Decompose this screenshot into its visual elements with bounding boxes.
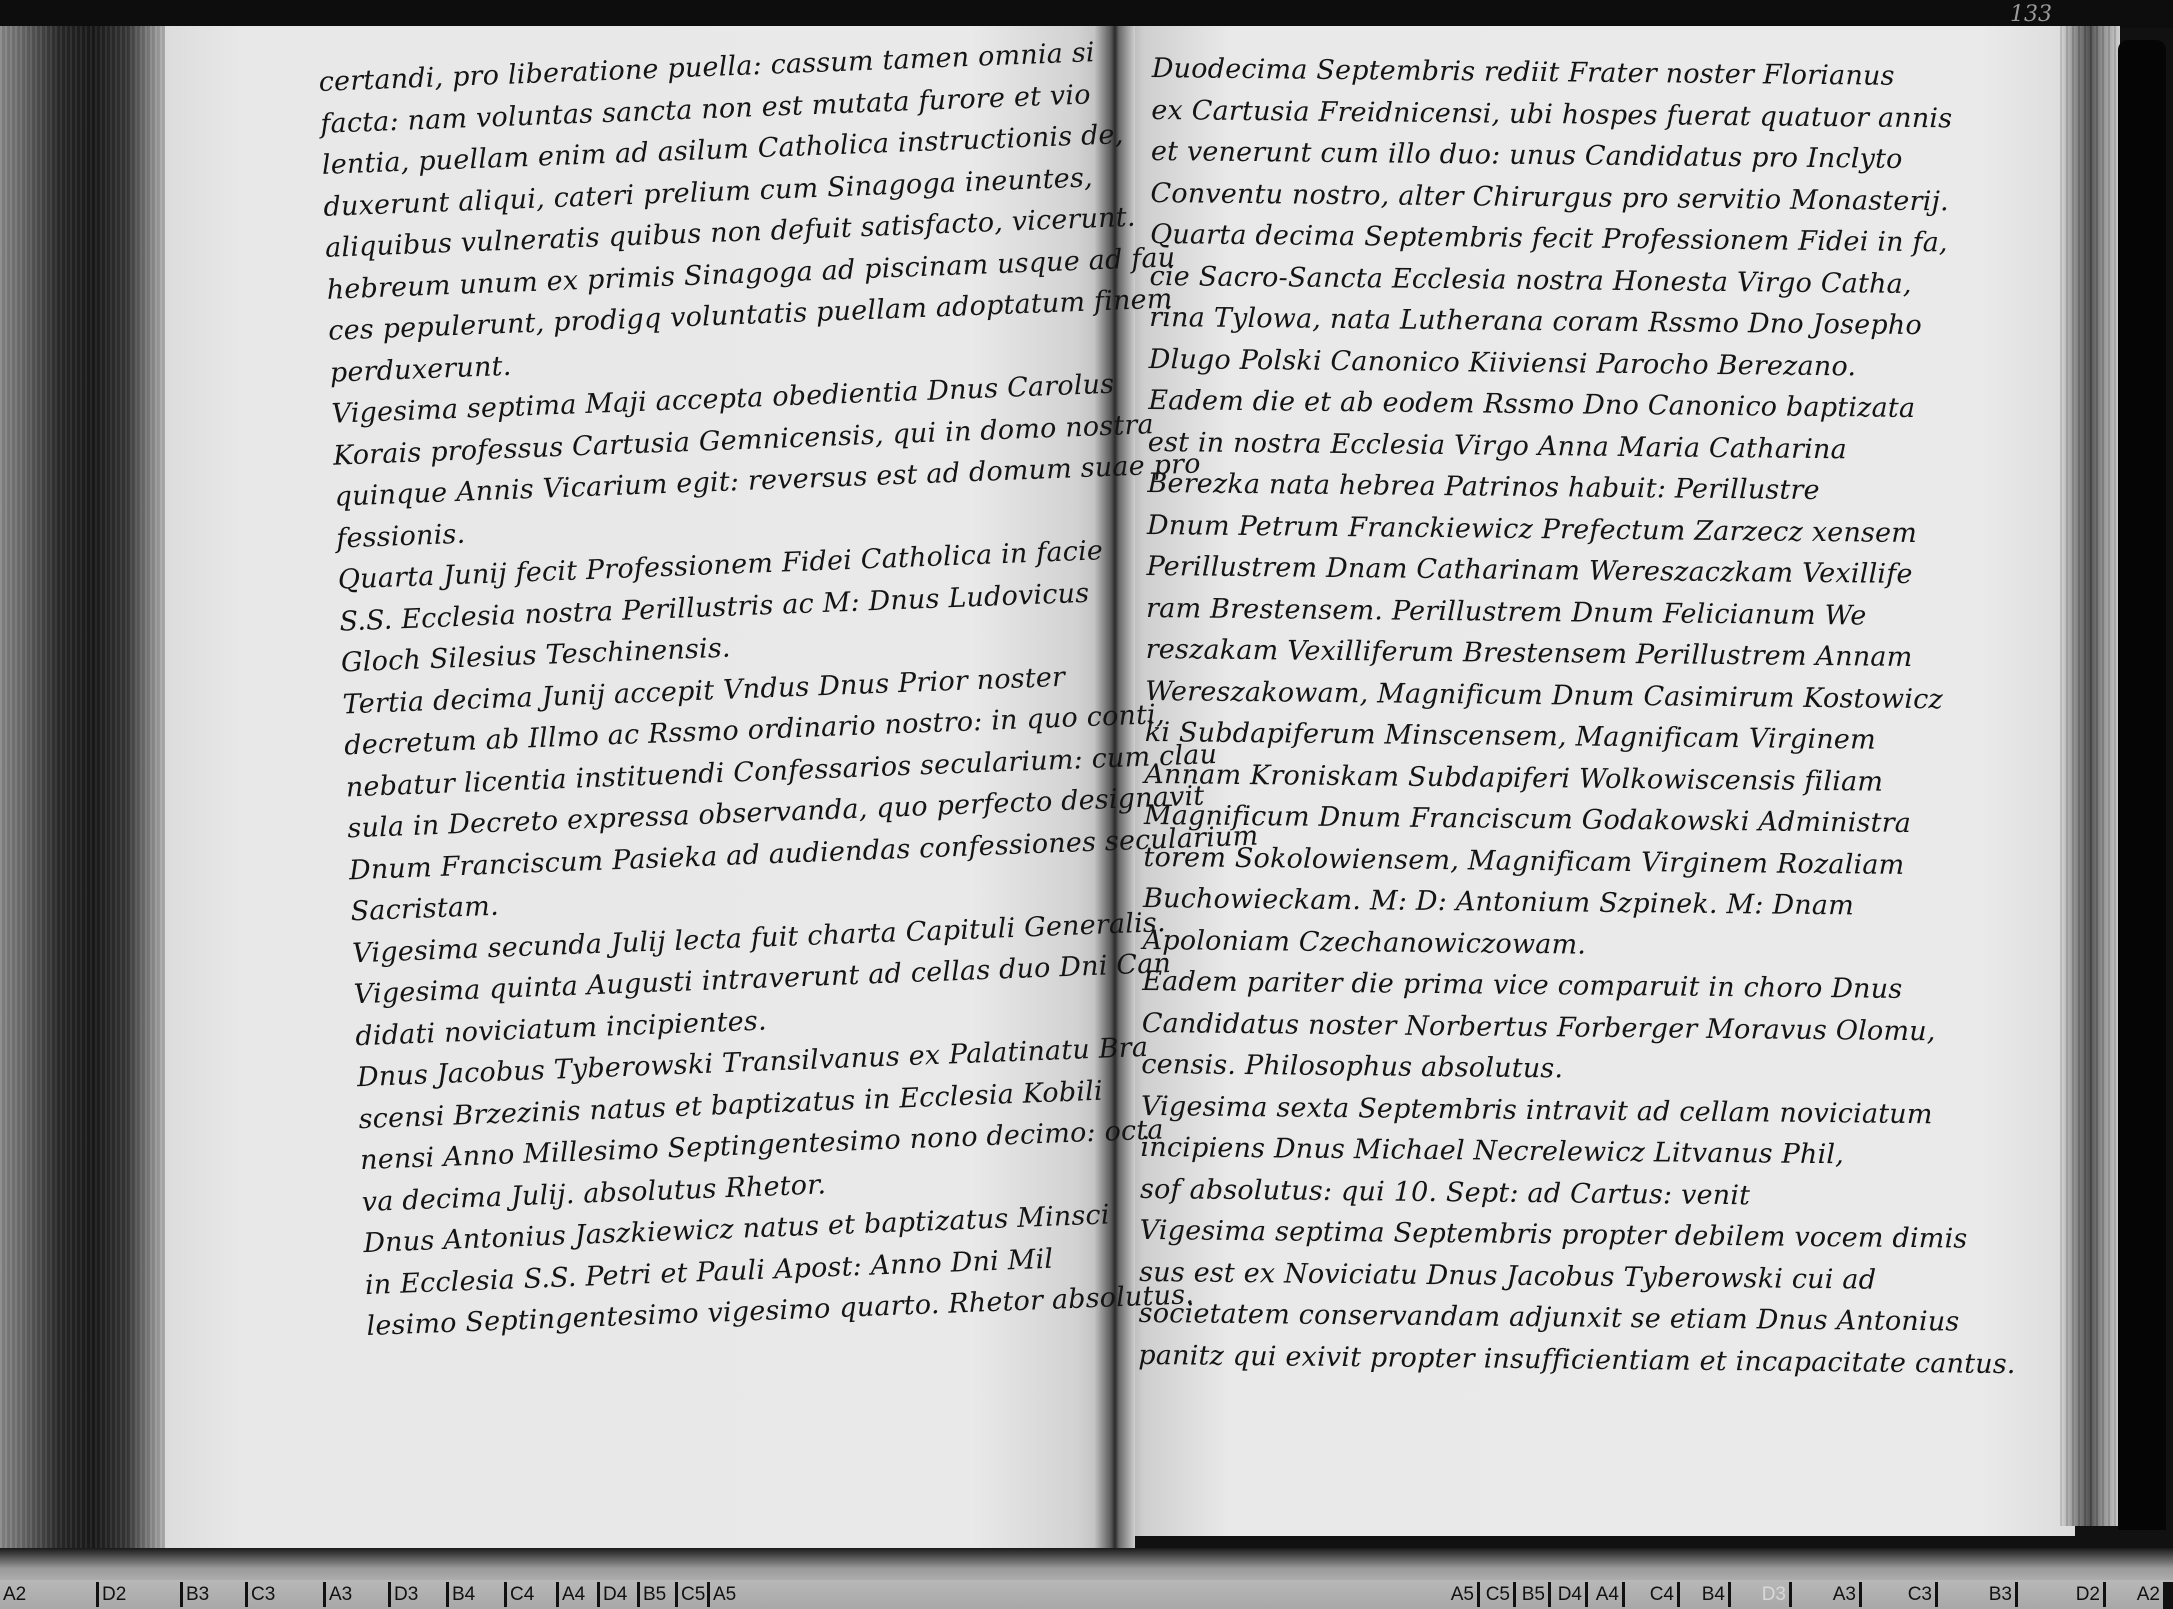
book-cover-right [2118,40,2166,1530]
strip-shadow [0,1548,2173,1582]
strip-label: B3 [180,1582,209,1607]
calibration-strip: A2 D2 B3 C3 A3 D3 B4 C4 A4 D4 B5 C5 A5 A… [0,1580,2173,1609]
strip-label: A4 [1585,1582,1625,1607]
scan-top-border [0,0,2173,28]
strip-label: B5 [637,1582,666,1607]
strip-label: A5 [707,1582,736,1607]
strip-label: A3 [1790,1582,1862,1607]
strip-label: D4 [597,1582,627,1607]
strip-label: C4 [1622,1582,1680,1607]
strip-label: A2 [0,1582,26,1607]
strip-label: B4 [1677,1582,1731,1607]
manuscript-line: Eadem pariter die prima vice comparuit i… [1142,961,1922,1011]
manuscript-line: panitz qui exivit propter insufficientia… [1138,1334,1918,1384]
strip-end-marker [2163,1582,2173,1609]
book-fore-edge-left [0,26,170,1566]
manuscript-line: reszakam Vexilliferum Brestensem Perillu… [1145,629,1925,679]
manuscript-line: Duodecima Septembris rediit Frater noste… [1152,48,1932,98]
strip-label: A4 [556,1582,585,1607]
strip-label: A2 [2104,1582,2163,1607]
strip-label: C4 [504,1582,534,1607]
strip-label: D2 [2016,1582,2106,1607]
strip-label: B3 [1936,1582,2018,1607]
scanned-book-image: 133 certandi, pro liberatione puella: ca… [0,0,2173,1609]
strip-label: B5 [1513,1582,1551,1607]
page-number: 133 [2010,2,2052,27]
left-page-text: certandi, pro liberatione puella: cassum… [318,32,1152,1348]
book-fore-edge-right [2060,26,2120,1526]
strip-label: C3 [1860,1582,1938,1607]
strip-label: B4 [446,1582,475,1607]
manuscript-line: et venerunt cum illo duo: unus Candidatu… [1151,131,1931,181]
strip-label: D4 [1548,1582,1588,1607]
manuscript-line: Buchowieckam. M: D: Antonium Szpinek. M:… [1143,878,1923,928]
strip-label: A3 [323,1582,352,1607]
manuscript-line: rina Tylowa, nata Lutherana coram Rssmo … [1149,297,1929,347]
manuscript-line: Eadem die et ab eodem Rssmo Dno Canonico… [1148,380,1928,430]
manuscript-line: Vigesima septima Septembris propter debi… [1139,1210,1919,1260]
strip-label: D3 [1728,1582,1792,1607]
strip-label: D3 [388,1582,418,1607]
strip-label: C3 [245,1582,275,1607]
strip-label: C5 [675,1582,705,1607]
strip-label: D2 [96,1582,126,1607]
right-page-text: Duodecima Septembris rediit Frater noste… [1138,48,1932,1384]
strip-label: C5 [1478,1582,1516,1607]
strip-label: A5 [1440,1582,1480,1607]
